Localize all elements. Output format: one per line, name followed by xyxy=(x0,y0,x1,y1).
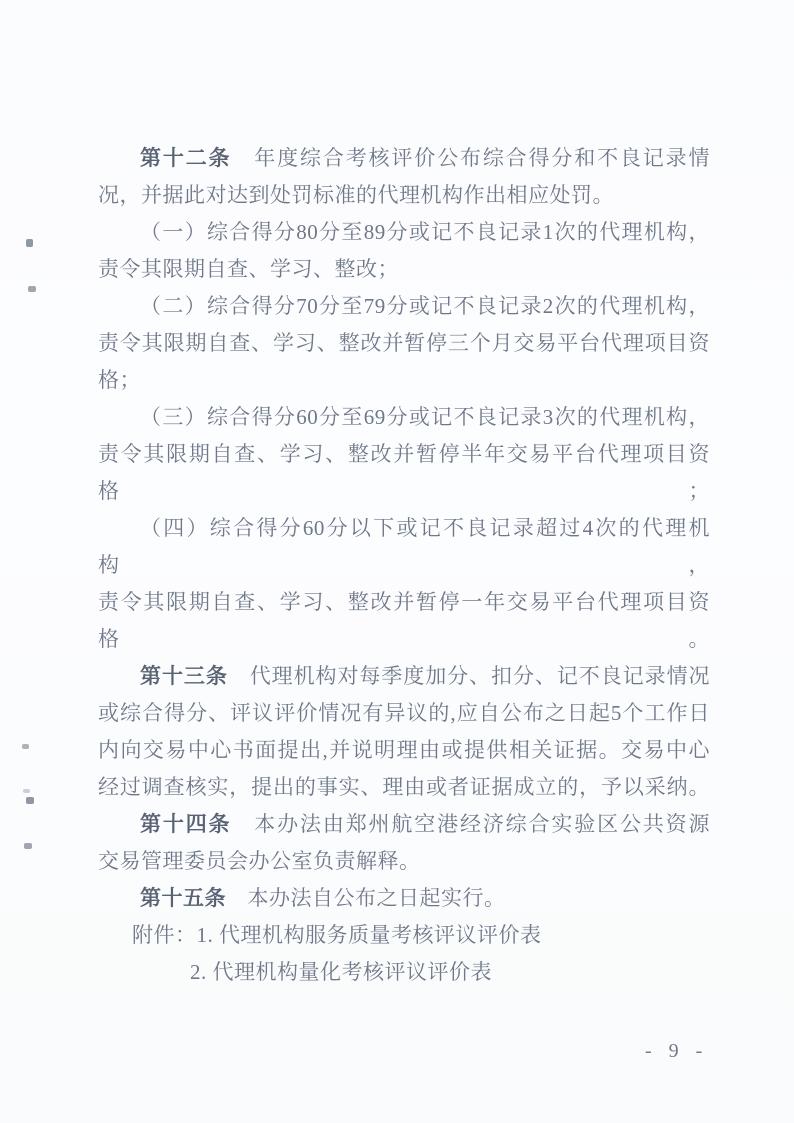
doc-line-text: （二）综合得分70分至79分或记不良记录2次的代理机构， xyxy=(140,294,710,318)
doc-line-item-3: （三）综合得分60分至69分或记不良记录3次的代理机构， xyxy=(98,399,710,436)
scan-speck xyxy=(22,744,29,749)
article-13-heading-line: 第十三条 代理机构对每季度加分、扣分、记不良记录情况 xyxy=(98,658,710,695)
doc-line: 内向交易中心书面提出,并说明理由或提供相关证据。交易中心 xyxy=(98,732,710,769)
doc-line-item-4: （四）综合得分60分以下或记不良记录超过4次的代理机构， xyxy=(98,510,710,584)
doc-line: 责令其限期自查、学习、整改并暂停一年交易平台代理项目资格。 xyxy=(98,584,710,658)
doc-line: 经过调查核实，提出的事实、理由或者证据成立的，予以采纳。 xyxy=(98,769,710,806)
scan-speck xyxy=(26,239,33,247)
doc-line-text: 2. 代理机构量化考核评议评价表 xyxy=(190,960,492,984)
doc-line: 或综合得分、评议评价情况有异议的,应自公布之日起5个工作日 xyxy=(98,695,710,732)
doc-line-item-1: （一）综合得分80分至89分或记不良记录1次的代理机构， xyxy=(98,214,710,251)
doc-line-text: （一）综合得分80分至89分或记不良记录1次的代理机构， xyxy=(140,220,710,244)
doc-line-text: 年度综合考核评价公布综合得分和不良记录情 xyxy=(231,146,710,170)
scan-speck xyxy=(23,789,30,793)
article-number: 第十五条 xyxy=(140,886,226,910)
doc-line-text: 本办法由郑州航空港经济综合实验区公共资源 xyxy=(231,812,710,836)
document-text-block: 第十二条 年度综合考核评价公布综合得分和不良记录情 况，并据此对达到处罚标准的代… xyxy=(98,140,710,991)
doc-line: 况，并据此对达到处罚标准的代理机构作出相应处罚。 xyxy=(98,177,710,214)
doc-line: 交易管理委员会办公室负责解释。 xyxy=(98,843,710,880)
article-15-heading-line: 第十五条 本办法自公布之日起实行。 xyxy=(98,880,710,917)
doc-line-text: 本办法自公布之日起实行。 xyxy=(226,886,506,910)
article-number: 第十四条 xyxy=(140,812,231,836)
doc-line-text: 况，并据此对达到处罚标准的代理机构作出相应处罚。 xyxy=(98,183,614,207)
doc-line-text: 责令其限期自查、学习、整改并暂停一年交易平台代理项目资格。 xyxy=(98,590,710,651)
scan-speck xyxy=(26,797,34,804)
doc-line-text: 内向交易中心书面提出,并说明理由或提供相关证据。交易中心 xyxy=(98,738,710,762)
scan-speck xyxy=(28,286,36,292)
attachment-list-line-2: 2. 代理机构量化考核评议评价表 xyxy=(98,954,710,991)
doc-line-text: 附件：1. 代理机构服务质量考核评议评价表 xyxy=(132,923,542,947)
article-12-heading-line: 第十二条 年度综合考核评价公布综合得分和不良记录情 xyxy=(98,140,710,177)
scan-speck xyxy=(24,843,32,849)
doc-line-text: （三）综合得分60分至69分或记不良记录3次的代理机构， xyxy=(140,405,710,429)
article-number: 第十三条 xyxy=(140,664,228,688)
doc-line: 责令其限期自查、学习、整改； xyxy=(98,251,710,288)
doc-line-text: 责令其限期自查、学习、整改； xyxy=(98,257,399,281)
doc-line-item-2: （二）综合得分70分至79分或记不良记录2次的代理机构， xyxy=(98,288,710,325)
doc-line-text: 或综合得分、评议评价情况有异议的,应自公布之日起5个工作日 xyxy=(98,701,710,725)
doc-line-text: （四）综合得分60分以下或记不良记录超过4次的代理机构， xyxy=(98,516,710,577)
page-number: - 9 - xyxy=(645,1040,755,1063)
doc-line-text: 责令其限期自查、学习、整改并暂停三个月交易平台代理项目资 xyxy=(98,331,710,355)
doc-line-text: 交易管理委员会办公室负责解释。 xyxy=(98,849,421,873)
doc-line-text: 格； xyxy=(98,368,141,392)
article-number: 第十二条 xyxy=(140,146,231,170)
doc-line: 责令其限期自查、学习、整改并暂停半年交易平台代理项目资格； xyxy=(98,436,710,510)
article-14-heading-line: 第十四条 本办法由郑州航空港经济综合实验区公共资源 xyxy=(98,806,710,843)
doc-line-text: 经过调查核实，提出的事实、理由或者证据成立的，予以采纳。 xyxy=(98,775,710,799)
doc-line: 责令其限期自查、学习、整改并暂停三个月交易平台代理项目资 xyxy=(98,325,710,362)
doc-line: 格； xyxy=(98,362,710,399)
attachment-list-line-1: 附件：1. 代理机构服务质量考核评议评价表 xyxy=(98,917,710,954)
doc-line-text: 责令其限期自查、学习、整改并暂停半年交易平台代理项目资格； xyxy=(98,442,710,503)
doc-line-text: 代理机构对每季度加分、扣分、记不良记录情况 xyxy=(228,664,710,688)
